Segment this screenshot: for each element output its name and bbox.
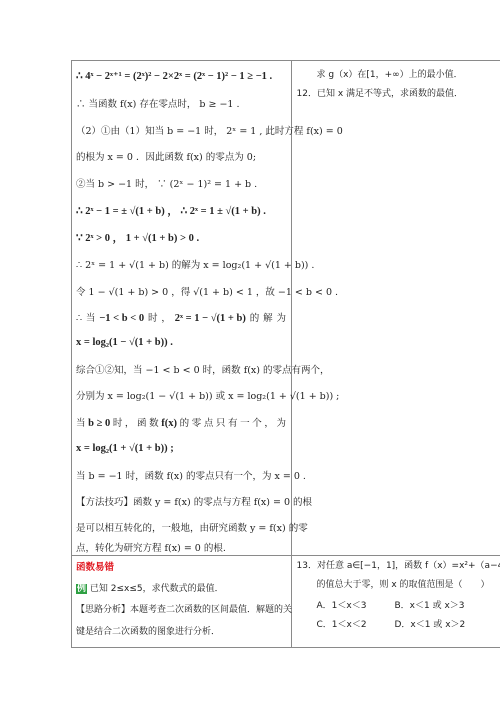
analysis-line-2: 键是结合二次函数的图象进行分析．: [76, 626, 220, 638]
solution-line-15: x = log₂(1 + √(1 + b)) ;: [76, 443, 174, 455]
solution-line-10: ∴ 当 −1 < b < 0 时 ， 2ˣ = 1 − √(1 + b) 的 解…: [76, 313, 286, 325]
text-span: 解: [263, 313, 273, 325]
analysis-line-1: 【思路分析】本题考查二次函数的区间最值．解题的关: [76, 604, 292, 616]
option-d: D．x＜1 或 x＞2: [395, 617, 466, 630]
text-span: 一: [240, 418, 250, 430]
text-span: 当: [76, 418, 86, 430]
content-table: ∴ 4ˣ − 2ˣ⁺¹ = (2ˣ)² − 2×2ˣ = (2ˣ − 1)² −…: [71, 60, 500, 648]
math-span: 2ˣ = 1 − √(1 + b): [175, 313, 246, 325]
solution-line-7: ∵ 2ˣ > 0 ， 1 + √(1 + b) > 0 .: [76, 233, 199, 245]
document-page: ∴ 4ˣ − 2ˣ⁺¹ = (2ˣ)² − 2×2ˣ = (2ˣ − 1)² −…: [0, 0, 500, 707]
question-11-tail: 求 g（x）在[1，+∞）上的最小值．: [317, 69, 463, 81]
text-span: ∴: [76, 313, 82, 325]
solution-line-9: 令 1 − √(1 + b) > 0 ，得 √(1 + b) < 1 ，故 −1…: [76, 287, 338, 299]
solution-cell: ∴ 4ˣ − 2ˣ⁺¹ = (2ˣ)² − 2×2ˣ = (2ˣ − 1)² −…: [72, 61, 292, 556]
text-span: 时: [113, 418, 123, 430]
text-span: ，: [125, 418, 135, 430]
method-tip-line-1: 【方法技巧】函数 y = f(x) 的零点与方程 f(x) = 0 的根: [76, 497, 312, 509]
math-span: b ≥ 0: [88, 418, 110, 430]
math-span: f(x): [161, 418, 177, 430]
solution-line-14: 当 b ≥ 0 时 ， 函 数 f(x) 的 零 点 只 有 一 个: [76, 418, 286, 430]
question-13-stem-2: 的值总大于零，则 x 的取值范围是（ ）: [317, 579, 490, 591]
question-12: 12．已知 x 满足不等式，求函数的最值．: [297, 88, 464, 100]
text-span: 函: [137, 418, 147, 430]
text-span: ，: [161, 313, 171, 325]
solution-line-13: 分别为 x = log₂(1 − √(1 + b)) 或 x = log₂(1 …: [76, 391, 339, 403]
text-span: 数: [149, 418, 159, 430]
solution-line-3: （2）①由（1）知当 b = −1 时， 2ˣ = 1 , 此时方程 f(x) …: [76, 126, 343, 138]
example-text: 已知 2≤x≤5，求代数式的最值．: [90, 584, 224, 594]
solution-line-8: ∴ 2ˣ = 1 + √(1 + b) 的解为 x = log₂(1 + √(1…: [76, 260, 314, 272]
method-tip-line-3: 点，转化为研究方程 f(x) = 0 的根.: [76, 543, 226, 555]
question-13-cell: 13．对任意 a∈[−1，1]，函数 f（x）=x²+（a−4）x+4− 的值总…: [291, 556, 500, 648]
solution-line-16: 当 b = −1 时，函数 f(x) 的零点只有一个，为 x = 0 .: [76, 471, 306, 483]
text-span: 点: [204, 418, 214, 430]
text-span: 的: [250, 313, 260, 325]
section-title: 函数易错: [76, 562, 114, 574]
question-13-stem-1: 13．对任意 a∈[−1，1]，函数 f（x）=x²+（a−4）x+4−: [297, 560, 500, 572]
option-a: A．1＜x＜3: [317, 598, 367, 611]
example-question: 例 已知 2≤x≤5，求代数式的最值．: [76, 583, 224, 595]
text-span: 为: [276, 418, 286, 430]
solution-line-1: ∴ 4ˣ − 2ˣ⁺¹ = (2ˣ)² − 2×2ˣ = (2ˣ − 1)² −…: [76, 71, 272, 83]
example-tag: 例: [76, 584, 87, 594]
text-span: 时: [148, 313, 158, 325]
option-c: C．1＜x＜2: [317, 617, 367, 630]
math-span: −1 < b < 0: [99, 313, 144, 325]
text-span: 只: [216, 418, 226, 430]
example-cell: 函数易错 例 已知 2≤x≤5，求代数式的最值． 【思路分析】本题考查二次函数的…: [72, 556, 292, 648]
solution-line-2: ∴ 当函数 f(x) 存在零点时， b ≥ −1 .: [76, 99, 240, 111]
solution-line-6: ∴ 2ˣ − 1 = ± √(1 + b) ， ∴ 2ˣ = 1 ± √(1 +…: [76, 206, 266, 218]
solution-line-12: 综合①②知，当 −1 < b < 0 时，函数 f(x) 的零点有两个，: [76, 365, 330, 377]
solution-line-11: x = log₂(1 − √(1 + b)) .: [76, 337, 173, 349]
text-span: 的: [180, 418, 190, 430]
text-span: 个: [252, 418, 262, 430]
solution-line-5: ②当 b > −1 时， ∵ (2ˣ − 1)² = 1 + b .: [76, 179, 257, 191]
text-span: 零: [192, 418, 202, 430]
text-span: 为: [276, 313, 286, 325]
method-tip-line-2: 是可以相互转化的，一般地，由研究函数 y = f(x) 的零: [76, 523, 308, 535]
text-span: 有: [228, 418, 238, 430]
text-span: 当: [86, 313, 96, 325]
solution-line-4: 的根为 x = 0 ．因此函数 f(x) 的零点为 0;: [76, 152, 256, 164]
option-b: B．x＜1 或 x＞3: [395, 598, 465, 611]
text-span: ，: [264, 418, 274, 430]
